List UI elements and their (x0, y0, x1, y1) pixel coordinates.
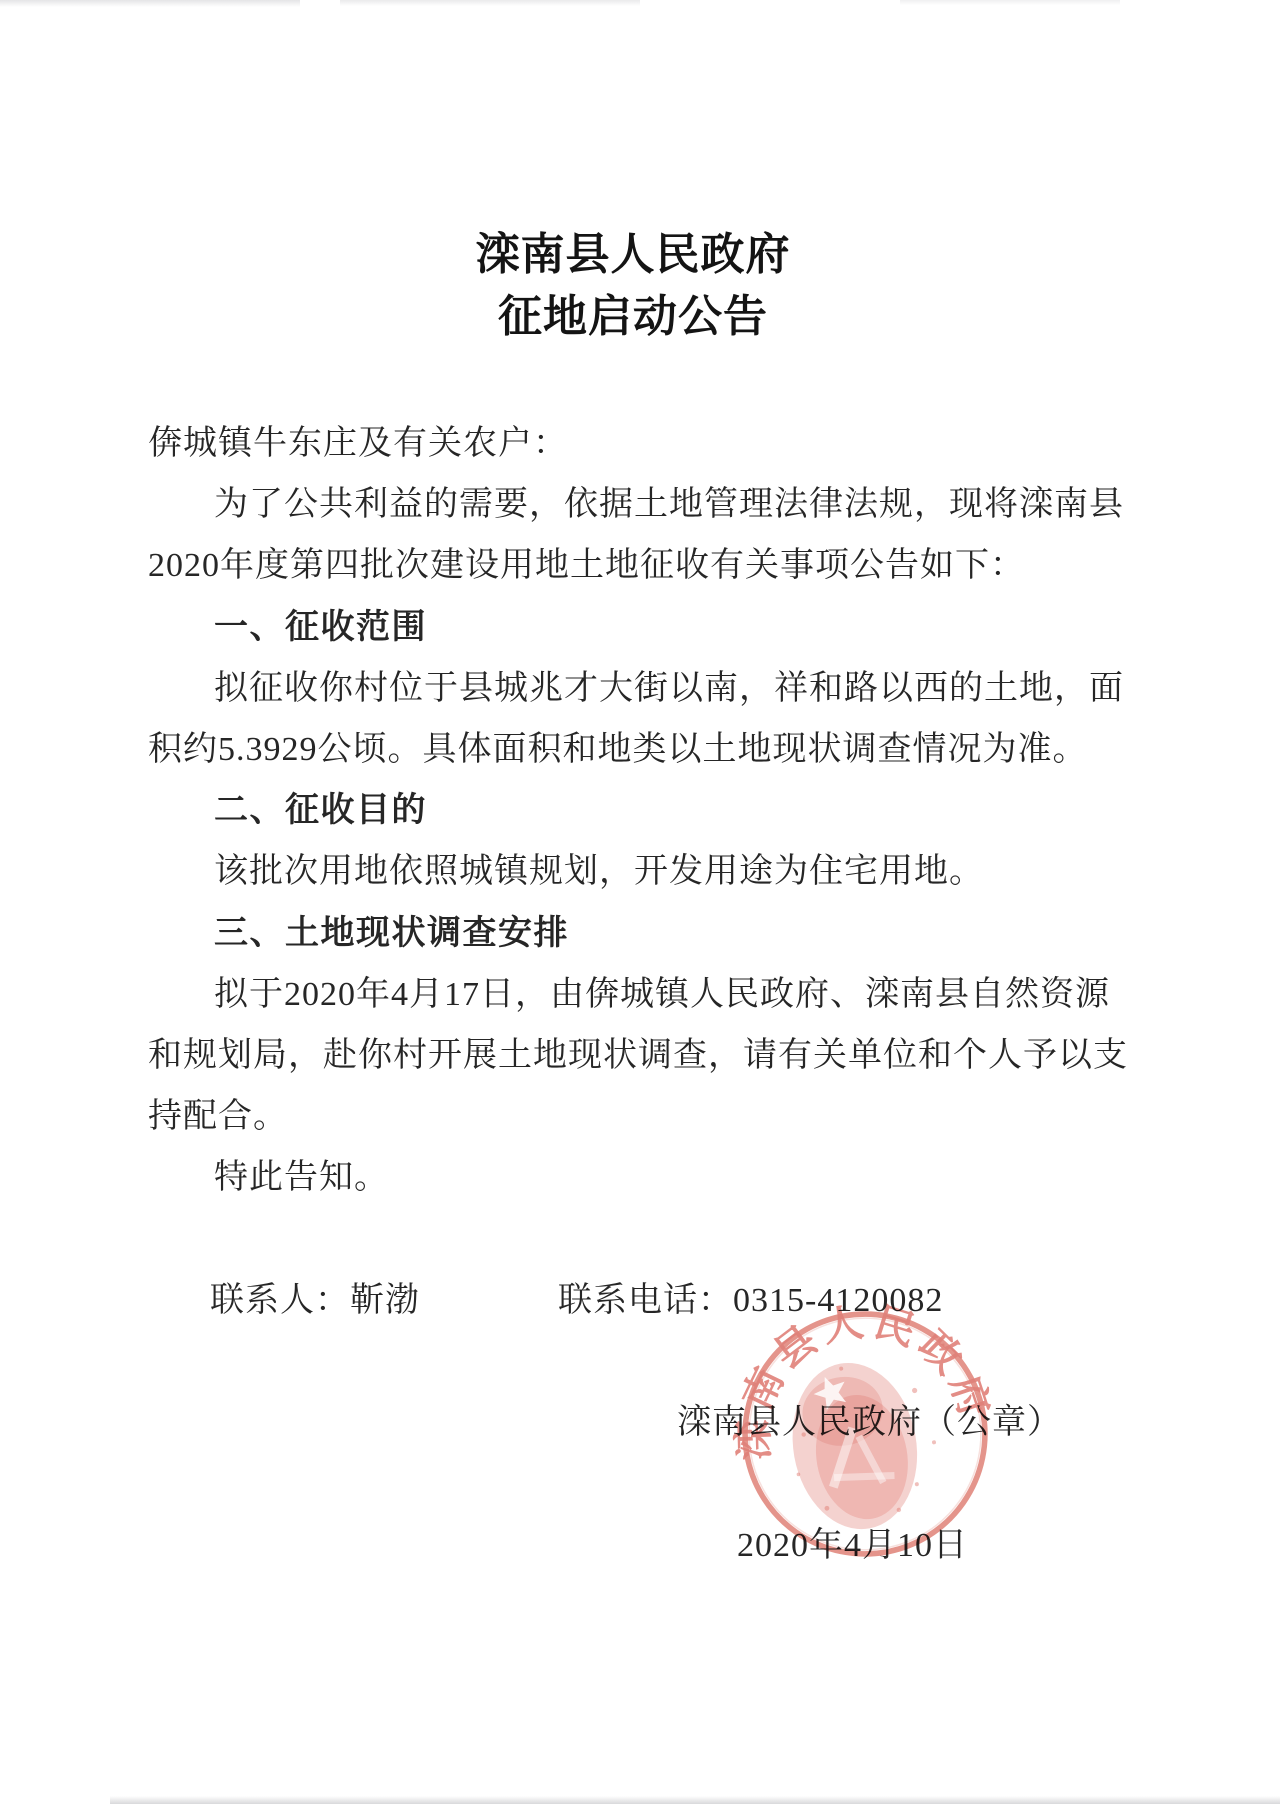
document-title-line1: 滦南县人民政府 (0, 224, 1266, 286)
section3-line1: 拟于2020年4月17日，由倴城镇人民政府、滦南县自然资源 (148, 964, 1138, 1025)
official-seal: 滦南县人民政府 (713, 1282, 1017, 1586)
paragraph-intro-line2: 2020年度第四批次建设用地土地征收有关事项公告如下： (148, 535, 1138, 596)
contact-person-label: 联系人： (210, 1282, 350, 1319)
contact-phone-label: 联系电话： (558, 1282, 733, 1319)
contact-line: 联系人：靳渤联系电话：0315-4120082 (148, 1270, 1138, 1331)
closing-notice: 特此告知。 (148, 1147, 1138, 1208)
section-heading-2: 二、征收目的 (148, 780, 1138, 841)
document-page: 滦南县人民政府 征地启动公告 倴城镇牛东庄及有关农户： 为了公共利益的需要，依据… (0, 0, 1280, 1804)
salutation: 倴城镇牛东庄及有关农户： (148, 413, 1138, 474)
section3-line2: 和规划局，赴你村开展土地现状调查，请有关单位和个人予以支 (148, 1025, 1138, 1086)
section1-line1: 拟征收你村位于县城兆才大街以南，祥和路以西的土地，面 (148, 658, 1138, 719)
section2-line1: 该批次用地依照城镇规划，开发用途为住宅用地。 (148, 841, 1138, 902)
document-title: 滦南县人民政府 征地启动公告 (0, 224, 1266, 348)
document-title-line2: 征地启动公告 (0, 286, 1266, 348)
paragraph-intro-line1: 为了公共利益的需要，依据土地管理法律法规，现将滦南县 (148, 474, 1138, 535)
scan-artifact-top-left (0, 0, 300, 7)
blank-line (148, 1209, 1138, 1270)
scan-artifact-top-right (900, 0, 1120, 5)
contact-person-name: 靳渤 (350, 1282, 420, 1319)
section3-line3: 持配合。 (148, 1086, 1138, 1147)
blank-line (148, 1331, 1138, 1392)
section-heading-3: 三、土地现状调查安排 (148, 903, 1138, 964)
scan-artifact-bottom (110, 1796, 1280, 1804)
scan-artifact-top-middle (340, 0, 640, 6)
seal-emblem (779, 1350, 949, 1540)
section1-line2: 积约5.3929公顷。具体面积和地类以土地现状调查情况为准。 (148, 719, 1138, 780)
section-heading-1: 一、征收范围 (148, 597, 1138, 658)
